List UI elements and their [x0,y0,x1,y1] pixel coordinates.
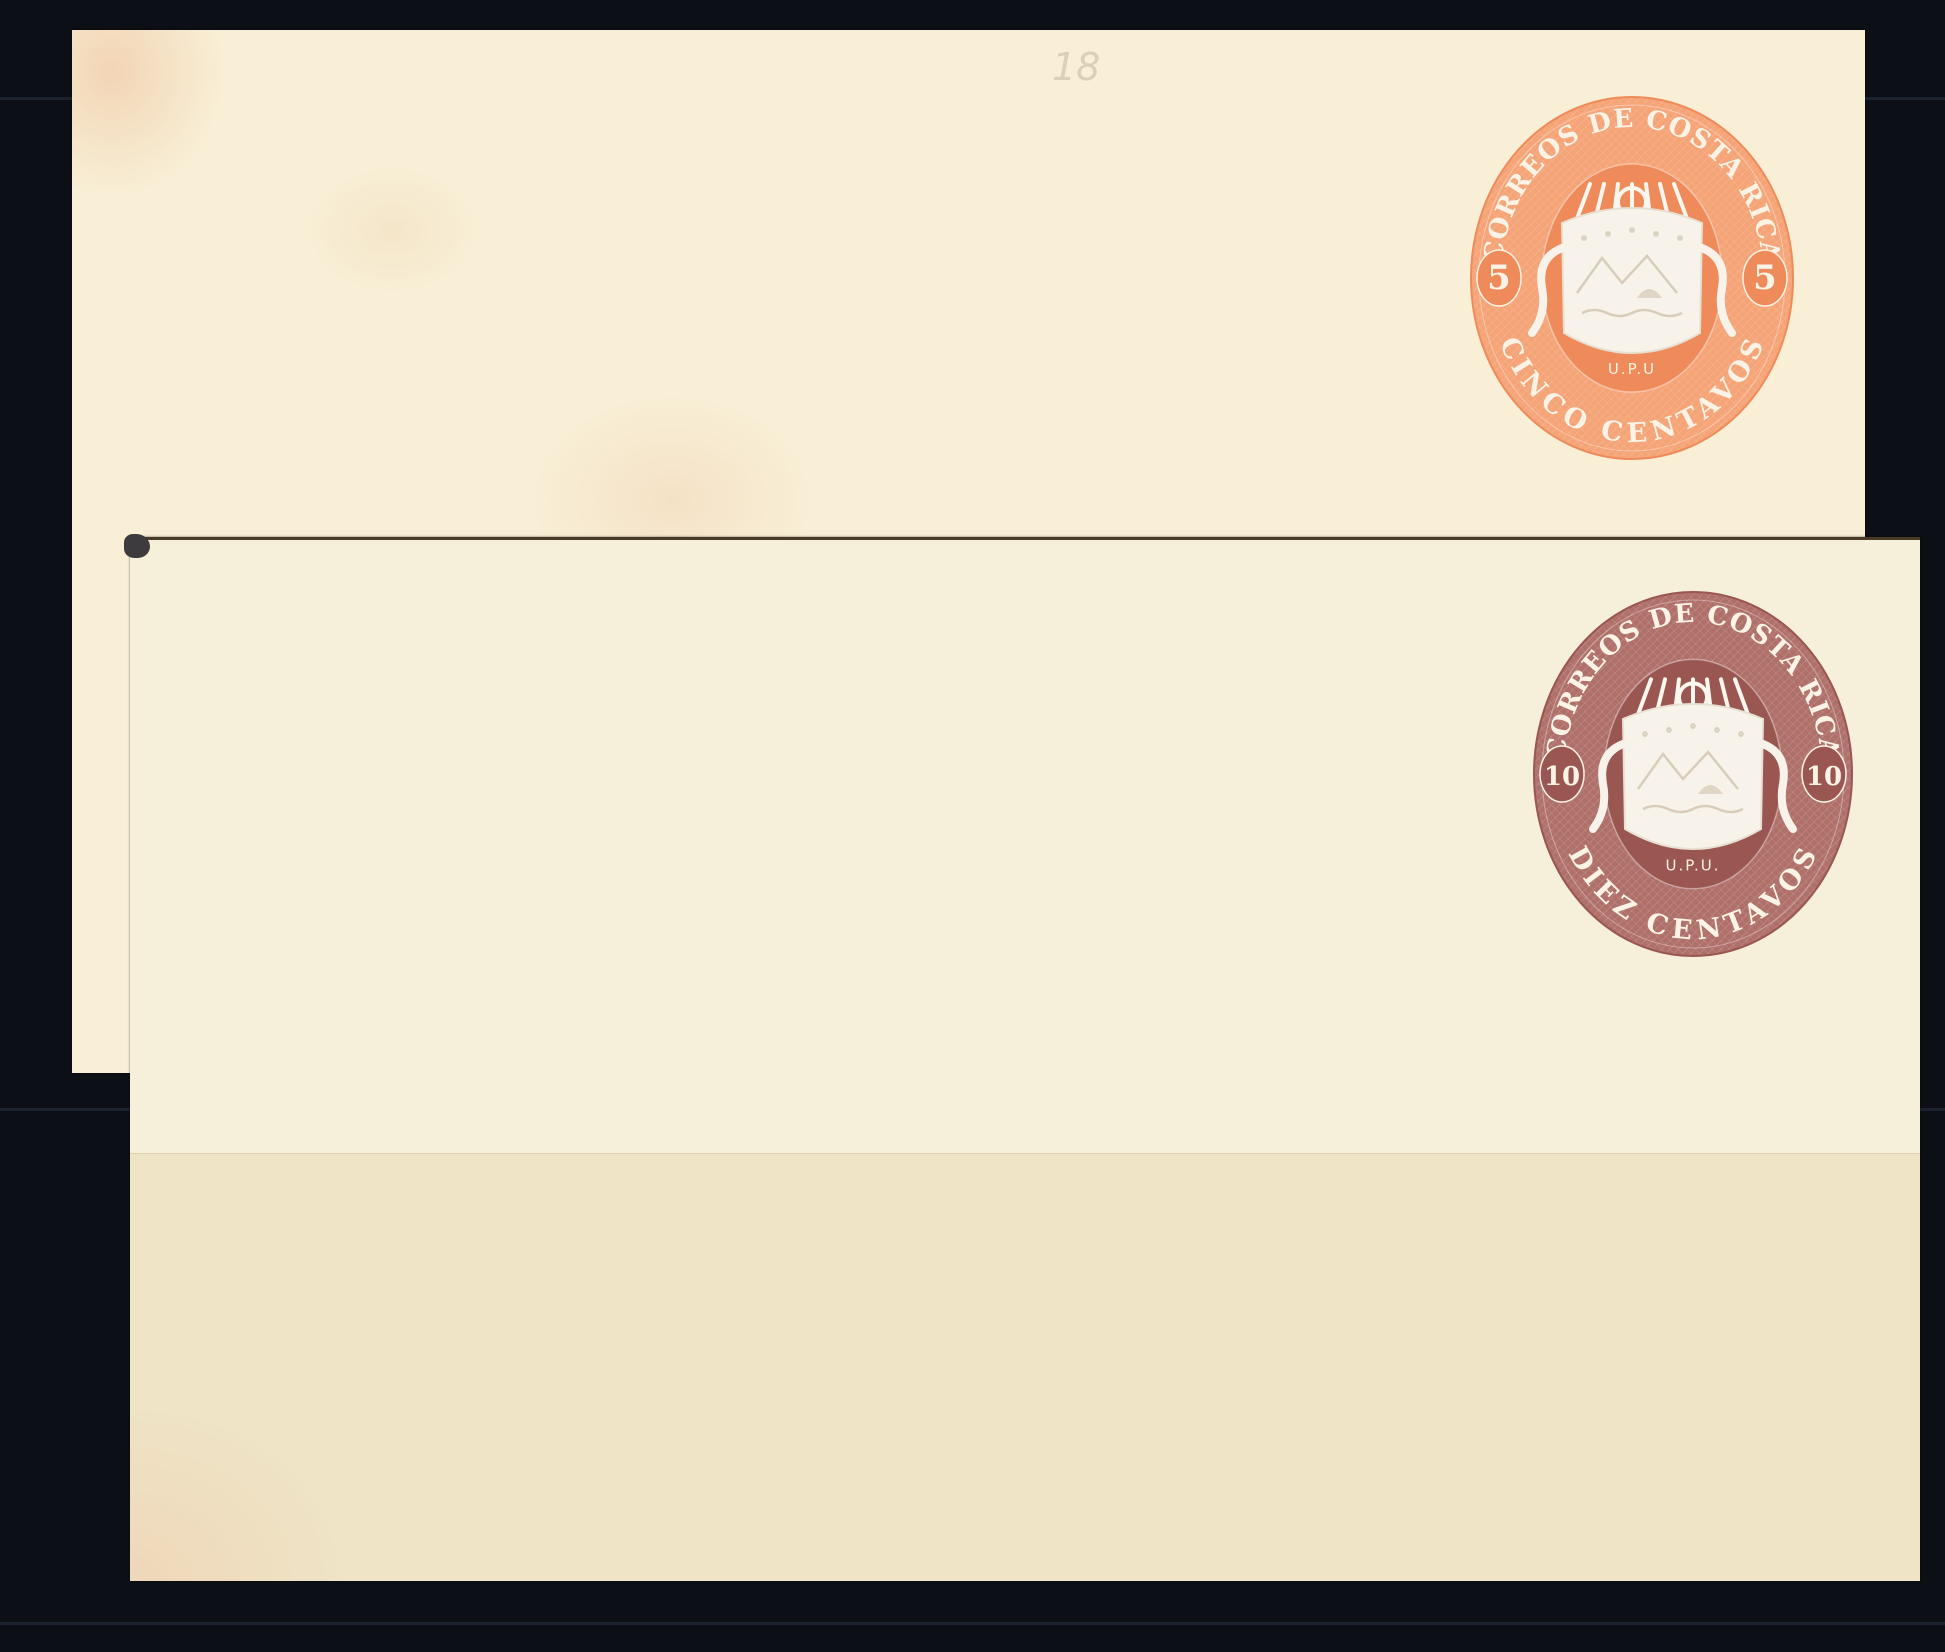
stamp-value-right: 10 [1806,762,1842,792]
stamp-upu-label: U.P.U [1608,360,1656,378]
envelope-flap [130,1153,1920,1581]
stamp-10-centavos: CORREOS DE COSTA RICADIEZ CENTAVOS1010U.… [1530,588,1856,960]
stamp-value-left: 5 [1487,258,1511,298]
stamp-upu-label: U.P.U. [1666,857,1721,875]
ink-spot [124,534,150,558]
stamp-value-right: 5 [1753,258,1777,298]
envelope-10-centavos: CORREOS DE COSTA RICADIEZ CENTAVOS1010U.… [130,537,1920,1581]
stamp-value-left: 10 [1544,762,1580,792]
stamp-5-centavos: CORREOS DE COSTA RICACINCO CENTAVOS55U.P… [1467,93,1797,463]
background-strip-line [0,1622,1945,1625]
pencil-note: 18 [1052,45,1100,89]
